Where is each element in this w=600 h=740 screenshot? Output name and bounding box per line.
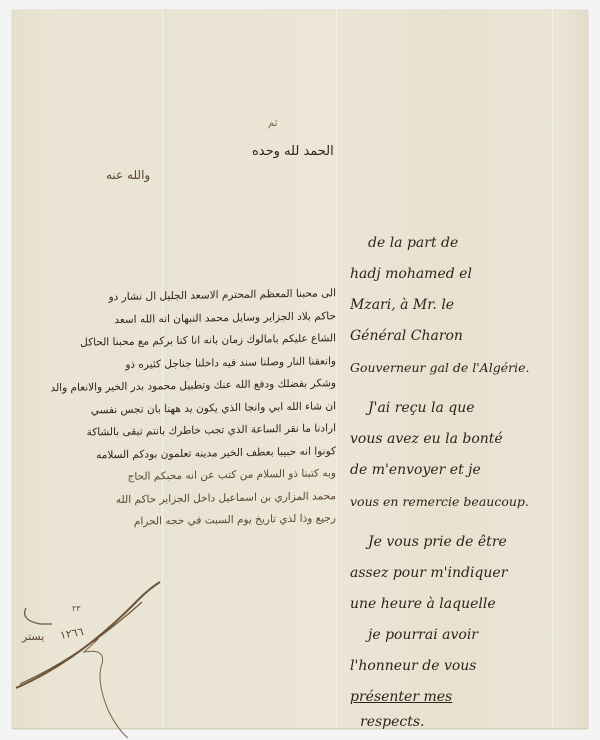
french-line: une heure à laquelle: [350, 589, 590, 620]
french-line: je pourrai avoir: [350, 620, 590, 651]
french-line: J'ai reçu la que: [350, 393, 590, 424]
french-letter-body: de la part de hadj mohamed el Mzari, à M…: [350, 228, 590, 731]
french-line: vous en remercie beaucoup.: [350, 486, 590, 517]
arabic-letter-body: الى محبنا المعظم المحترم الاسعد الجليل ا…: [16, 285, 336, 533]
french-line: Je vous prie de être: [350, 527, 590, 558]
french-line: de m'envoyer et je: [350, 455, 590, 486]
french-line: Général Charon: [350, 321, 590, 352]
french-line: Gouverneur gal de l'Algérie.: [350, 352, 590, 383]
french-line: hadj mohamed el: [350, 259, 590, 290]
french-line: respects.: [350, 713, 590, 731]
french-line: présenter mes: [350, 682, 590, 713]
french-line: assez pour m'indiquer: [350, 558, 590, 589]
french-line: vous avez eu la bonté: [350, 424, 590, 455]
signature-flourish-icon: [10, 560, 210, 740]
arabic-header-left: والله عنه: [106, 168, 150, 182]
arabic-header-invocation: الحمد لله وحده: [252, 144, 334, 159]
arabic-line: رجيع وذا لذي تاريخ يوم السبت في حجه الحر…: [16, 507, 336, 535]
arabic-header-mark: ثم: [268, 118, 277, 129]
paper-fold-line: [336, 10, 337, 728]
french-line: de la part de: [350, 228, 590, 259]
french-line: Mzari, à Mr. le: [350, 290, 590, 321]
french-line: l'honneur de vous: [350, 651, 590, 682]
